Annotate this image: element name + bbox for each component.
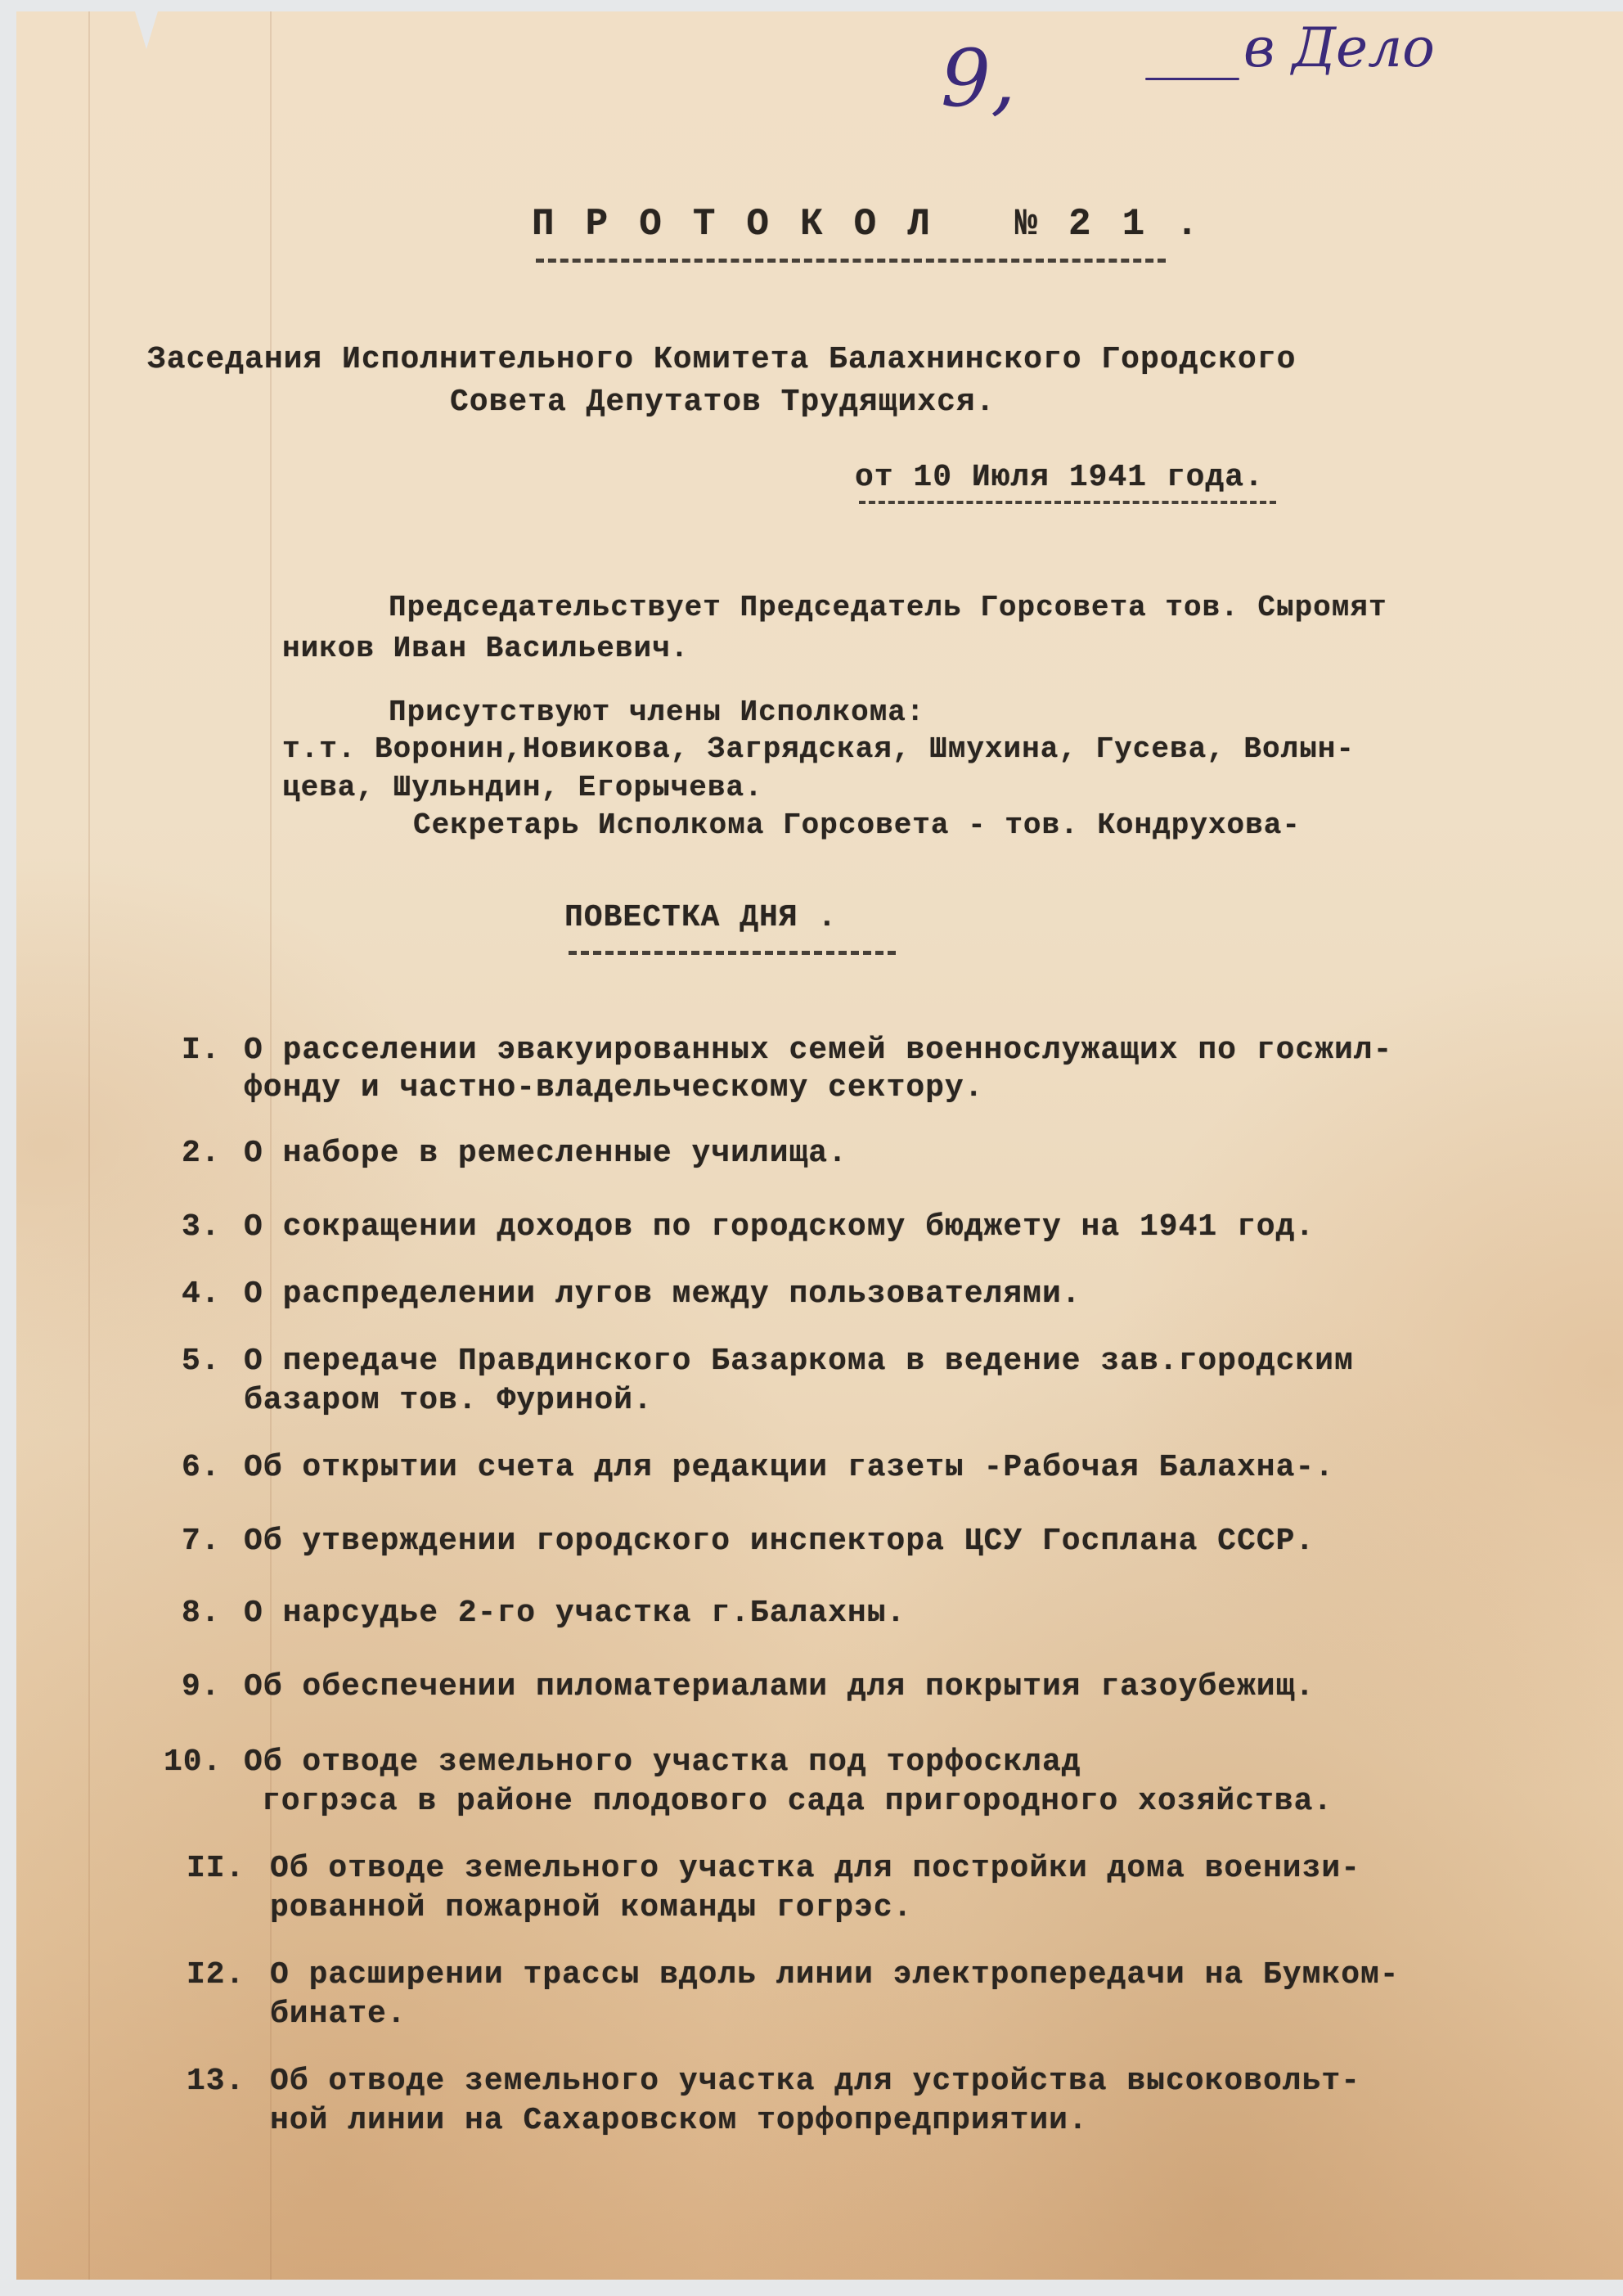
chair-line2: ников Иван Васильевич. bbox=[282, 632, 689, 665]
agenda-heading: ПОВЕСТКА ДНЯ . bbox=[564, 900, 837, 935]
agenda-item-number: I2. bbox=[187, 1957, 245, 1992]
agenda-item-text: базаром тов. Фуриной. bbox=[244, 1383, 653, 1418]
agenda-item-text: рованной пожарной команды гогрэс. bbox=[270, 1890, 913, 1925]
agenda-item-text: Об открытии счета для редакции газеты -Р… bbox=[244, 1450, 1334, 1485]
agenda-item-text: Об отводе земельного участка для устройс… bbox=[270, 2064, 1360, 2099]
paper-fold bbox=[88, 11, 90, 2280]
agenda-item-text: ной линии на Сахаровском торфопредприяти… bbox=[270, 2103, 1088, 2138]
agenda-item-text: Об отводе земельного участка для построй… bbox=[270, 1851, 1360, 1886]
agenda-item-number: 3. bbox=[182, 1209, 221, 1245]
document-title: ПРОТОКОЛ №21. bbox=[532, 203, 1230, 245]
date-underline bbox=[859, 501, 1276, 504]
agenda-item-number: II. bbox=[187, 1851, 245, 1886]
agenda-item-text: О передаче Правдинского Базаркома в веде… bbox=[244, 1344, 1354, 1379]
document-date: от 10 Июля 1941 года. bbox=[855, 460, 1264, 495]
members-heading: Присутствуют члены Исполкома: bbox=[389, 696, 925, 729]
handwritten-page-number: 9, bbox=[941, 33, 1016, 124]
members-line1: т.т. Воронин,Новикова, Загрядская, Шмухи… bbox=[282, 732, 1355, 766]
agenda-item-text: О наборе в ремесленные училища. bbox=[244, 1136, 847, 1171]
agenda-item-number: 2. bbox=[182, 1136, 221, 1171]
document-subtitle-line2: Совета Депутатов Трудящихся. bbox=[450, 385, 996, 420]
agenda-underline bbox=[569, 951, 896, 955]
agenda-item-number: 8. bbox=[182, 1596, 221, 1631]
agenda-item-text: О расселении эвакуированных семей военно… bbox=[244, 1033, 1392, 1068]
secretary-line: Секретарь Исполкома Горсовета - тов. Кон… bbox=[413, 808, 1301, 842]
agenda-item-text: О нарсудье 2-го участка г.Балахны. bbox=[244, 1596, 906, 1631]
agenda-item-text: О распределении лугов между пользователя… bbox=[244, 1276, 1081, 1312]
agenda-item-text: О расширении трассы вдоль линии электроп… bbox=[270, 1957, 1400, 1992]
agenda-item-number: 6. bbox=[182, 1450, 221, 1485]
agenda-item-number: 9. bbox=[182, 1669, 221, 1704]
agenda-item-number: 4. bbox=[182, 1276, 221, 1312]
handwritten-underline bbox=[1145, 78, 1239, 80]
agenda-item-text: О сокращении доходов по городскому бюдже… bbox=[244, 1209, 1315, 1245]
agenda-item-number: 10. bbox=[164, 1745, 222, 1780]
agenda-item-text: Об утверждении городского инспектора ЦСУ… bbox=[244, 1524, 1315, 1559]
title-underline bbox=[536, 259, 1166, 263]
document-subtitle-line1: Заседания Исполнительного Комитета Балах… bbox=[147, 342, 1296, 377]
chair-line1: Председательствует Председатель Горсовет… bbox=[389, 591, 1387, 624]
agenda-item-number: 7. bbox=[182, 1524, 221, 1559]
agenda-item-text: Об отводе земельного участка под торфоск… bbox=[244, 1745, 1081, 1780]
agenda-item-text: фонду и частно-владельческому сектору. bbox=[244, 1070, 984, 1105]
handwritten-note: в Дело bbox=[1243, 16, 1435, 79]
agenda-item-number: I. bbox=[182, 1033, 221, 1068]
agenda-item-number: 13. bbox=[187, 2064, 245, 2099]
agenda-item-text: гогрэса в районе плодового сада пригород… bbox=[262, 1784, 1333, 1819]
paper-tear bbox=[135, 11, 158, 49]
agenda-item-text: Об обеспечении пиломатериалами для покры… bbox=[244, 1669, 1315, 1704]
members-line2: цева, Шульндин, Егорычева. bbox=[282, 771, 763, 804]
agenda-item-text: бинате. bbox=[270, 1997, 407, 2032]
agenda-item-number: 5. bbox=[182, 1344, 221, 1379]
